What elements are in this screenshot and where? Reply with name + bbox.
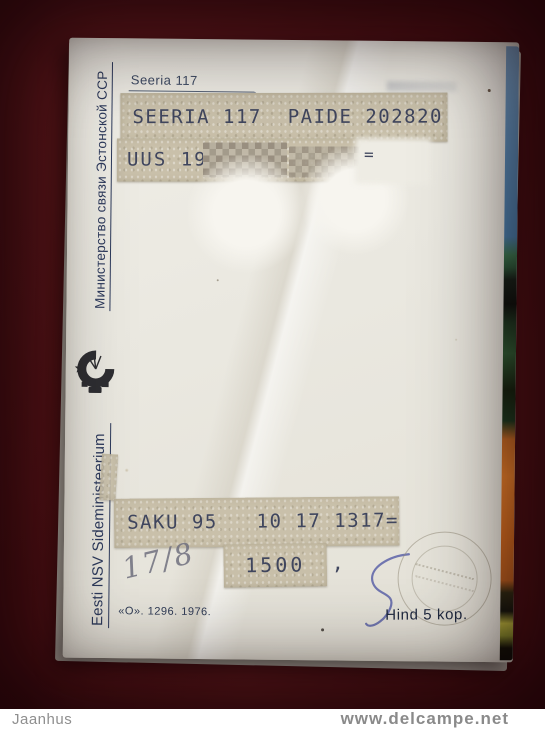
amount-text: 1500: [223, 543, 327, 587]
paper-speck: [321, 628, 324, 631]
postcard-front-edge: [500, 46, 519, 660]
tape-label-saku: SAKU 95 10 17 1317=: [114, 496, 399, 547]
paper-speck: [217, 279, 219, 281]
tape-label-serial: SEERIA 117 PAIDE 202820: [120, 93, 447, 143]
tape-label-amount: 1500: [223, 543, 327, 587]
seller-watermark: Jaanhus: [12, 711, 72, 728]
watermark-bar: Jaanhus www.delcampe.net: [0, 709, 545, 730]
print-code: «О». 1296. 1976.: [118, 605, 211, 618]
privacy-blur: [203, 142, 287, 177]
privacy-blur: [289, 146, 359, 177]
ministry-russian-text: Министерство связи Эстонской ССР: [92, 62, 113, 311]
form-header: Seeria 117: [129, 72, 256, 92]
comma-mark: ,: [332, 550, 344, 574]
uus-text: UUS 19: [117, 138, 208, 181]
uus-end-mark: =: [364, 145, 374, 164]
paper-speck: [488, 89, 491, 92]
soviet-emblem-icon: [74, 344, 117, 396]
saku-text: SAKU 95 10 17 1317=: [114, 496, 399, 547]
tape-label-uus: UUS 19: [117, 138, 369, 181]
price-text: Hind 5 kop.: [385, 606, 468, 624]
site-watermark: www.delcampe.net: [341, 709, 509, 729]
tape-fragment: [99, 454, 118, 501]
serial-text: SEERIA 117 PAIDE 202820: [120, 93, 447, 143]
photo-background: Seeria 117 SEERIA 117 PAIDE 202820 UUS 1…: [0, 0, 545, 709]
postcard: Seeria 117 SEERIA 117 PAIDE 202820 UUS 1…: [63, 38, 519, 663]
faded-print-smudge: [387, 81, 457, 92]
